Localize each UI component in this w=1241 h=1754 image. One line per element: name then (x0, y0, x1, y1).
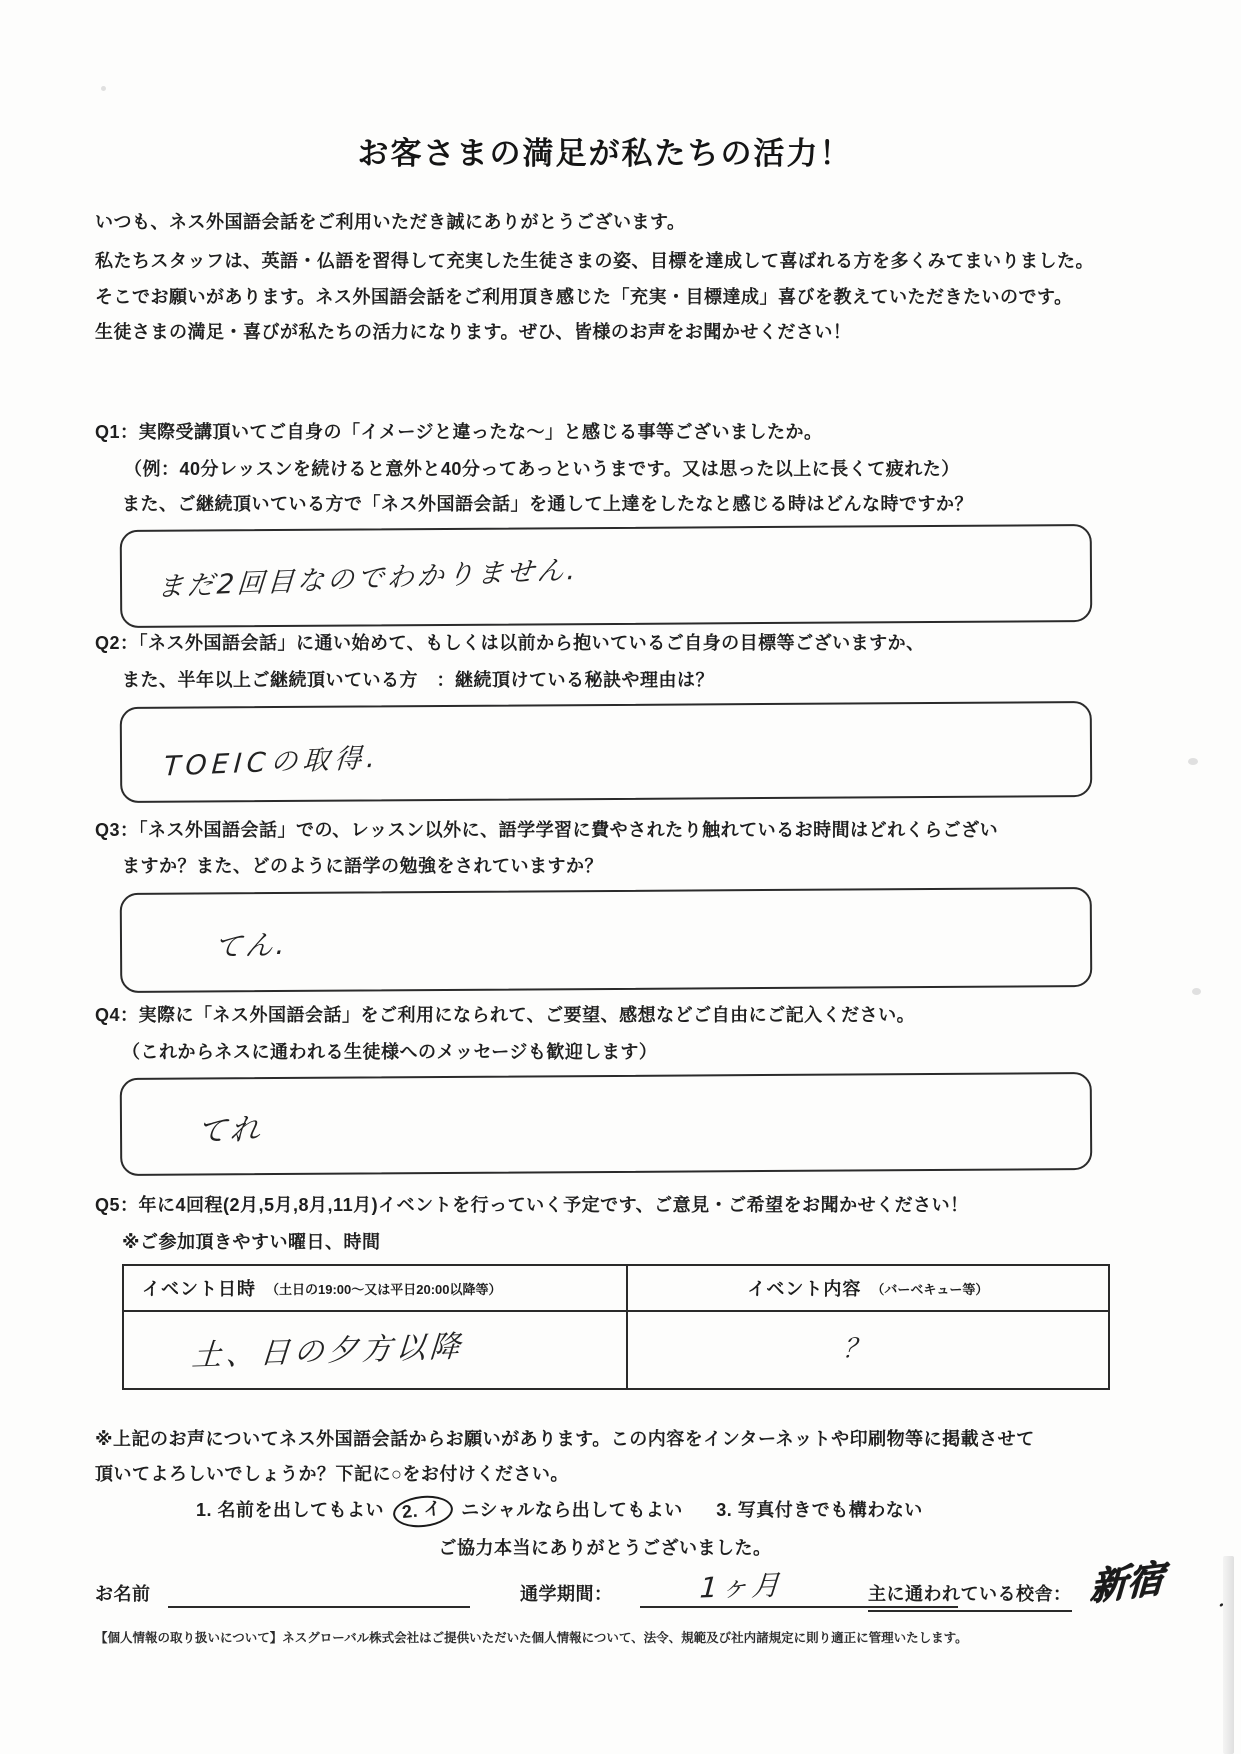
publish-request-line1: ※上記のお声についてネス外国語会話からお願いがあります。この内容をインターネット… (95, 1425, 1035, 1451)
scan-artifact (101, 86, 106, 91)
intro-line: 私たちスタッフは、英語・仏語を習得して充実した生徒さまの姿、目標を達成して喜ばれ… (95, 247, 1094, 273)
q1-example: （例：40分レッスンを続けると意外と40分ってあっというまです。又は思った以上に… (124, 455, 960, 481)
q3-question: Q3：「ネス外国語会話」での、レッスン以外に、語学学習に費やされたり触れているお… (95, 816, 998, 842)
intro-line: 生徒さまの満足・喜びが私たちの活力になります。ぜひ、皆様のお声をお聞かせください… (95, 318, 851, 344)
scan-artifact (1192, 988, 1201, 995)
thanks-line: ご協力本当にありがとうございました。 (0, 1534, 1210, 1560)
trailing-dot-handwriting: ． (1217, 1577, 1241, 1613)
q4-answer-handwriting: てれ (196, 1104, 265, 1151)
event-content-header-note: （バーベキュー等） (871, 1279, 988, 1298)
q3-answer-handwriting: てん. (213, 923, 289, 966)
scan-artifact (1188, 758, 1198, 765)
event-content-handwriting: ？ (842, 1327, 874, 1365)
q3-answer-box: てん. (120, 887, 1093, 993)
q4-subquestion: （これからネスに通われる生徒様へのメッセージも歓迎します） (122, 1038, 657, 1064)
event-datetime-header: イベント日時 （土日の19:00～又は平日20:00以降等） (124, 1266, 626, 1312)
option-2-circled: 2. イ (391, 1493, 454, 1530)
option-3: 3. 写真付きでも構わない (716, 1500, 923, 1520)
option-2-rest: ニシャルなら出してもよい (461, 1500, 683, 1520)
intro-line: そこでお願いがあります。ネス外国語会話をご利用頂き感じた「充実・目標達成」喜びを… (95, 283, 1073, 309)
event-datetime-header-note: （土日の19:00～又は平日20:00以降等） (266, 1279, 502, 1298)
privacy-note: 【個人情報の取り扱いについて】ネスグローバル株式会社はご提供いただいた個人情報に… (95, 1628, 968, 1646)
q2-question: Q2：「ネス外国語会話」に通い始めて、もしくは以前から抱いているご自身の目標等ご… (95, 629, 925, 655)
q5-subquestion: ※ご参加頂きやすい曜日、時間 (122, 1228, 381, 1254)
q2-answer-handwriting: TOEICの取得. (163, 736, 382, 784)
q1-answer-box: まだ2回目なのでわかりません. (120, 524, 1093, 628)
q1-answer-handwriting: まだ2回目なのでわかりません. (156, 548, 580, 604)
q4-question: Q4：実際に「ネス外国語会話」をご利用になられて、ご要望、感想などご自由にご記入… (95, 1001, 915, 1027)
q1-question: Q1：実際受講頂いてご自身の「イメージと違ったな～」と感じる事等ございましたか。 (95, 418, 822, 444)
q1-subquestion: また、ご継続頂いている方で「ネス外国語会話」を通して上達をしたなと感じる時はどん… (122, 490, 973, 516)
event-content-header: イベント内容 （バーベキュー等） (626, 1266, 1108, 1312)
intro-line: いつも、ネス外国語会話をご利用いただき誠にありがとうございます。 (95, 208, 686, 234)
event-table: イベント日時 （土日の19:00～又は平日20:00以降等） イベント内容 （バ… (122, 1264, 1110, 1390)
q3-subquestion: ますか？また、どのように語学の勉強をされていますか？ (122, 852, 603, 878)
scanned-survey-page: お客さまの満足が私たちの活力！ いつも、ネス外国語会話をご利用いただき誠にありが… (0, 0, 1241, 1754)
q2-answer-box: TOEICの取得. (120, 701, 1093, 803)
q5-question: Q5：年に4回程(2月,5月,8月,11月)イベントを行っていく予定です、ご意見… (95, 1191, 969, 1217)
event-datetime-header-title: イベント日時 (142, 1275, 256, 1301)
option-1: 1. 名前を出してもよい (196, 1500, 384, 1520)
period-label: 通学期間： (520, 1580, 613, 1606)
publish-options: 1. 名前を出してもよい 2. イ ニシャルなら出してもよい 3. 写真付きでも… (196, 1496, 923, 1527)
period-value-handwriting: 1ヶ月 (699, 1563, 785, 1606)
event-content-header-title: イベント内容 (747, 1275, 861, 1301)
publish-request-line2: 頂いてよろしいでしょうか？下記に○をお付けください。 (95, 1460, 569, 1486)
name-label: お名前 (95, 1580, 151, 1606)
event-datetime-cell: 土、日の夕方以降 (124, 1312, 626, 1388)
q4-answer-box: てれ (120, 1072, 1093, 1176)
school-label: 主に通われている校舎： (868, 1580, 1072, 1612)
page-title: お客さまの満足が私たちの活力！ (0, 128, 1210, 173)
school-value-handwriting: 新宿 (1089, 1547, 1165, 1611)
event-datetime-handwriting: 土、日の夕方以降 (191, 1321, 466, 1375)
event-content-cell: ？ (626, 1312, 1108, 1388)
q2-subquestion: また、半年以上ご継続頂いている方 ：継続頂けている秘訣や理由は？ (122, 666, 714, 692)
name-field-underline (168, 1606, 470, 1608)
